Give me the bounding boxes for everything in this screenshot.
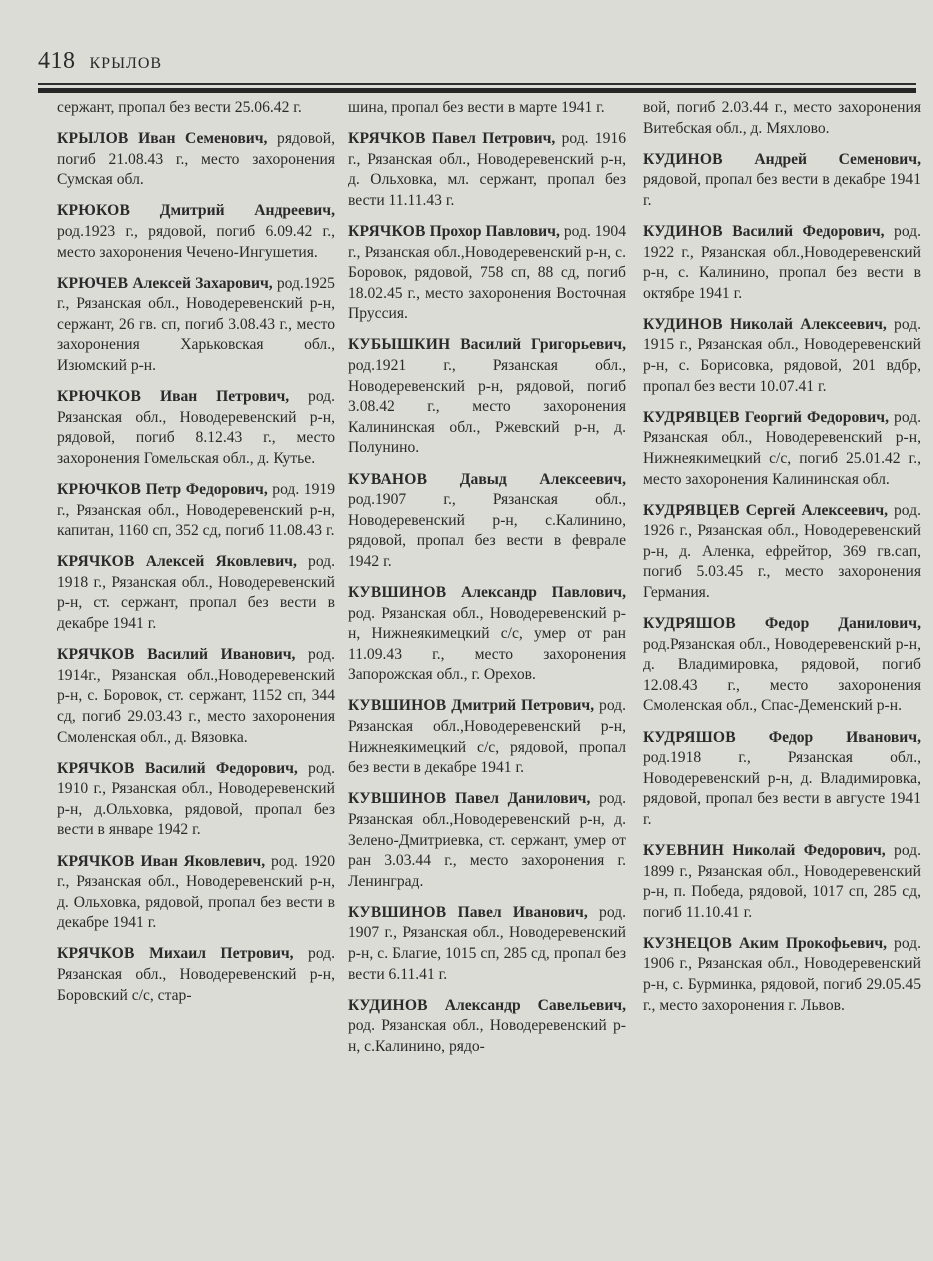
entry-surname: КРЮЧЕВ	[57, 275, 128, 292]
entry-surname: КРЯЧКОВ	[348, 130, 426, 147]
column-3: вой, погиб 2.03.44 г., место захоронения…	[643, 98, 921, 1027]
entry: КУБЫШКИН Василий Григорьевич, род.1921 г…	[348, 335, 626, 459]
entry-given-name: Иван Яковлевич,	[140, 853, 265, 870]
entry: КРЯЧКОВ Алексей Яковлевич, род. 1918 г.,…	[57, 552, 335, 634]
entry-text: род.1921 г., Рязанская обл., Новодеревен…	[348, 357, 626, 456]
entry-surname: КУВШИНОВ	[348, 904, 446, 921]
entry: КУДРЯШОВ Федор Данилович, род.Рязанская …	[643, 614, 921, 717]
entry-text: род. Рязанская обл., Новодеревенский р-н…	[348, 1017, 626, 1055]
entry-surname: КРЮКОВ	[57, 202, 130, 219]
entry-given-name: Алексей Яковлевич,	[146, 553, 297, 570]
entry-given-name: Николай Федорович,	[732, 842, 885, 859]
page-number: 418	[38, 48, 76, 75]
entry-text: род.Рязанская обл., Новодеревенский р-н,…	[643, 636, 921, 715]
entry: вой, погиб 2.03.44 г., место захоронения…	[643, 98, 921, 139]
entry-given-name: Михаил Петрович,	[149, 945, 293, 962]
entry-given-name: Георгий Федорович,	[745, 409, 889, 426]
entry-surname: КРЯЧКОВ	[57, 553, 135, 570]
column-1: сержант, пропал без вести 25.06.42 г.КРЫ…	[57, 98, 335, 1017]
page-header: 418 КРЫЛОВ	[38, 48, 162, 75]
entry-given-name: Иван Петрович,	[160, 388, 289, 405]
entry: КУДИНОВ Александр Савельевич, род. Рязан…	[348, 996, 626, 1058]
entry-given-name: Сергей Алексеевич,	[746, 502, 888, 519]
entry-surname: КУВШИНОВ	[348, 584, 446, 601]
entry: КУЕВНИН Николай Федорович, род. 1899 г.,…	[643, 841, 921, 923]
column-2: шина, пропал без вести в марте 1941 г.КР…	[348, 98, 626, 1068]
entry-given-name: Прохор Павлович,	[430, 223, 560, 240]
entry-text: вой, погиб 2.03.44 г., место захоронения…	[643, 99, 921, 137]
entry-given-name: Павел Иванович,	[458, 904, 588, 921]
entry: КУВШИНОВ Дмитрий Петрович, род. Рязанска…	[348, 696, 626, 778]
entry-text: сержант, пропал без вести 25.06.42 г.	[57, 99, 302, 116]
entry: КРЯЧКОВ Василий Федорович, род. 1910 г.,…	[57, 759, 335, 841]
entry-given-name: Андрей Семенович,	[754, 151, 921, 168]
entry-given-name: Алексей Захарович,	[132, 275, 272, 292]
entry: КУДИНОВ Василий Федорович, род. 1922 г.,…	[643, 222, 921, 304]
entry: КРЮКОВ Дмитрий Андреевич, род.1923 г., р…	[57, 201, 335, 263]
entry: КУДРЯВЦЕВ Георгий Федорович, род. Рязанс…	[643, 408, 921, 490]
entry-given-name: Василий Иванович,	[147, 646, 295, 663]
entry: КУДИНОВ Николай Алексеевич, род. 1915 г.…	[643, 315, 921, 397]
entry-surname: КРЫЛОВ	[57, 130, 129, 147]
entry-text: шина, пропал без вести в марте 1941 г.	[348, 99, 605, 116]
entry-given-name: Василий Федорович,	[145, 760, 298, 777]
entry-surname: КУЗНЕЦОВ	[643, 935, 732, 952]
entry: КРЯЧКОВ Василий Иванович, род. 1914г., Р…	[57, 645, 335, 748]
entry-given-name: Аким Прокофьевич,	[739, 935, 887, 952]
entry-surname: КРЮЧКОВ	[57, 388, 141, 405]
entry: КРЯЧКОВ Павел Петрович, род. 1916 г., Ря…	[348, 129, 626, 211]
entry-surname: КРЯЧКОВ	[57, 853, 135, 870]
entry: КРЯЧКОВ Прохор Павлович, род. 1904 г., Р…	[348, 222, 626, 325]
entry-surname: КУДИНОВ	[643, 223, 723, 240]
entry: КРЮЧКОВ Петр Федорович, род. 1919 г., Ря…	[57, 480, 335, 542]
entry-surname: КРЯЧКОВ	[348, 223, 426, 240]
entry-surname: КУВШИНОВ	[348, 790, 446, 807]
entry: сержант, пропал без вести 25.06.42 г.	[57, 98, 335, 119]
entry-surname: КУВАНОВ	[348, 471, 427, 488]
entry-surname: КУДИНОВ	[643, 151, 723, 168]
entry: КУДРЯВЦЕВ Сергей Алексеевич, род. 1926 г…	[643, 501, 921, 604]
entry-text: род. Рязанская обл., Новодеревенский р-н…	[348, 605, 626, 684]
entry: КРЮЧЕВ Алексей Захарович, род.1925 г., Р…	[57, 274, 335, 377]
entry-surname: КУДРЯШОВ	[643, 615, 736, 632]
book-page: 418 КРЫЛОВ сержант, пропал без вести 25.…	[0, 0, 933, 1261]
entry-surname: КУДРЯВЦЕВ	[643, 409, 740, 426]
entry-surname: КУЕВНИН	[643, 842, 724, 859]
entry-given-name: Павел Данилович,	[455, 790, 590, 807]
entry-surname: КРЮЧКОВ	[57, 481, 141, 498]
entry-given-name: Василий Григорьевич,	[460, 336, 626, 353]
entry: КУВШИНОВ Павел Данилович, род. Рязанская…	[348, 789, 626, 892]
entry: КРЮЧКОВ Иван Петрович, род. Рязанская об…	[57, 387, 335, 469]
entry-surname: КУДИНОВ	[643, 316, 723, 333]
entry-given-name: Федор Данилович,	[765, 615, 921, 632]
header-rule-thick	[38, 88, 916, 93]
entry-surname: КРЯЧКОВ	[57, 646, 135, 663]
running-head: КРЫЛОВ	[90, 55, 163, 73]
entry-given-name: Федор Иванович,	[769, 729, 921, 746]
entry-surname: КУДРЯШОВ	[643, 729, 736, 746]
entry-text: род.1907 г., Рязанская обл., Новодеревен…	[348, 491, 626, 570]
entry: КУЗНЕЦОВ Аким Прокофьевич, род. 1906 г.,…	[643, 934, 921, 1016]
header-rule-thin	[38, 83, 916, 85]
entry: КРЯЧКОВ Иван Яковлевич, род. 1920 г., Ря…	[57, 852, 335, 934]
entry-text: род.1923 г., рядовой, погиб 6.09.42 г., …	[57, 223, 335, 261]
entry-given-name: Дмитрий Андреевич,	[160, 202, 335, 219]
entry-text: рядовой, пропал без вести в декабре 1941…	[643, 171, 921, 209]
entry-given-name: Дмитрий Петрович,	[451, 697, 594, 714]
entry-given-name: Иван Семенович,	[138, 130, 267, 147]
entry-given-name: Александр Савельевич,	[445, 997, 626, 1014]
entry: шина, пропал без вести в марте 1941 г.	[348, 98, 626, 119]
entry-text: род.1918 г., Рязанская обл., Новодеревен…	[643, 749, 921, 828]
entry-given-name: Петр Федорович,	[146, 481, 268, 498]
entry-given-name: Павел Петрович,	[432, 130, 555, 147]
entry: КУДИНОВ Андрей Семенович, рядовой, пропа…	[643, 150, 921, 212]
entry-surname: КРЯЧКОВ	[57, 945, 135, 962]
entry: КУДРЯШОВ Федор Иванович, род.1918 г., Ря…	[643, 728, 921, 831]
entry-surname: КРЯЧКОВ	[57, 760, 135, 777]
entry-surname: КУДРЯВЦЕВ	[643, 502, 740, 519]
entry: КУВШИНОВ Александр Павлович, род. Рязанс…	[348, 583, 626, 686]
entry-given-name: Александр Павлович,	[461, 584, 626, 601]
entry-given-name: Василий Федорович,	[732, 223, 884, 240]
entry-surname: КУБЫШКИН	[348, 336, 450, 353]
entry: КРЯЧКОВ Михаил Петрович, род. Рязанская …	[57, 944, 335, 1006]
entry-surname: КУДИНОВ	[348, 997, 428, 1014]
entry: КУВШИНОВ Павел Иванович, род. 1907 г., Р…	[348, 903, 626, 985]
entry-given-name: Николай Алексеевич,	[730, 316, 887, 333]
entry-given-name: Давыд Алексеевич,	[460, 471, 626, 488]
entry: КРЫЛОВ Иван Семенович, рядовой, погиб 21…	[57, 129, 335, 191]
entry-surname: КУВШИНОВ	[348, 697, 446, 714]
entry: КУВАНОВ Давыд Алексеевич, род.1907 г., Р…	[348, 470, 626, 573]
